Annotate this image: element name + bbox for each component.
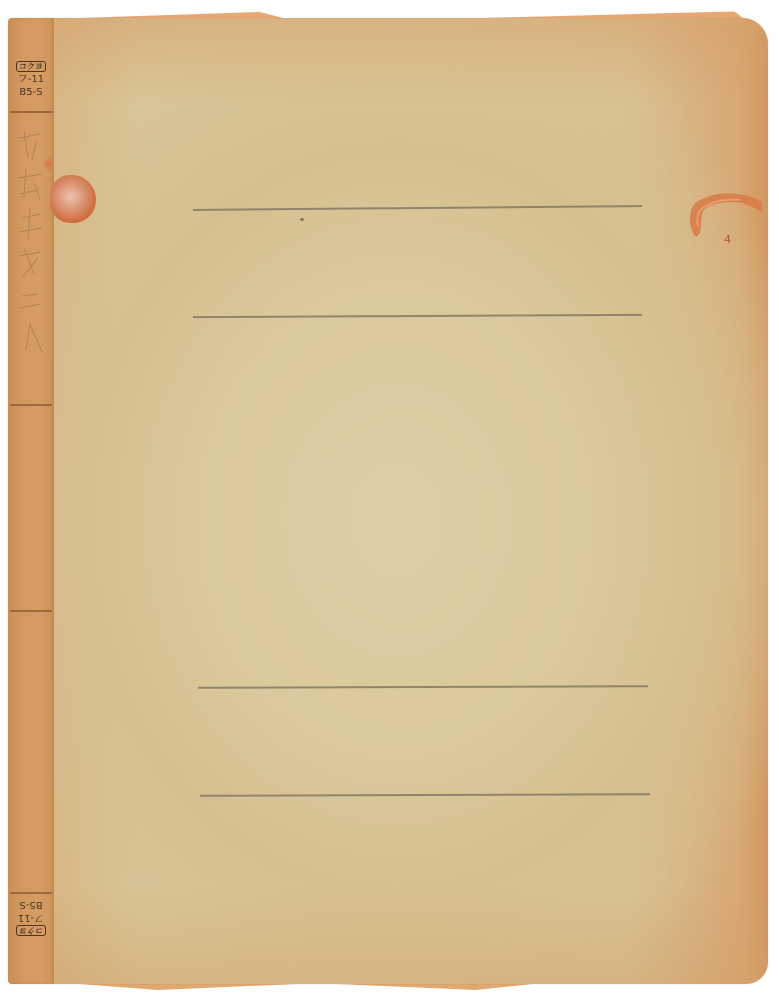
spine-label-top: コクヨ フ-11 B5-S — [11, 60, 51, 99]
spine-divider — [10, 892, 52, 894]
title-line-3 — [198, 685, 648, 688]
stain-left — [50, 175, 96, 223]
model-number: フ-11 — [11, 911, 51, 924]
page-number-mark: 4 — [724, 233, 731, 246]
brand-logo: コクヨ — [16, 61, 46, 72]
file-folder: コクヨ フ-11 B5-S コクヨ フ-11 B5-S — [8, 18, 768, 984]
spine-divider — [10, 610, 52, 612]
title-line-2 — [193, 314, 642, 318]
title-line-4 — [200, 793, 650, 796]
stain-small — [44, 158, 54, 170]
ink-speck — [300, 218, 304, 221]
spine-label-bottom: コクヨ フ-11 B5-S — [11, 898, 51, 937]
size-code: B5-S — [11, 86, 51, 99]
brand-logo: コクヨ — [16, 925, 46, 936]
title-line-1 — [193, 205, 642, 210]
spine-divider — [10, 404, 52, 406]
pencil-handwriting — [14, 128, 48, 358]
folder-cover — [54, 18, 768, 984]
model-number: フ-11 — [11, 73, 51, 86]
size-code: B5-S — [11, 898, 51, 911]
spine-divider — [10, 111, 52, 113]
